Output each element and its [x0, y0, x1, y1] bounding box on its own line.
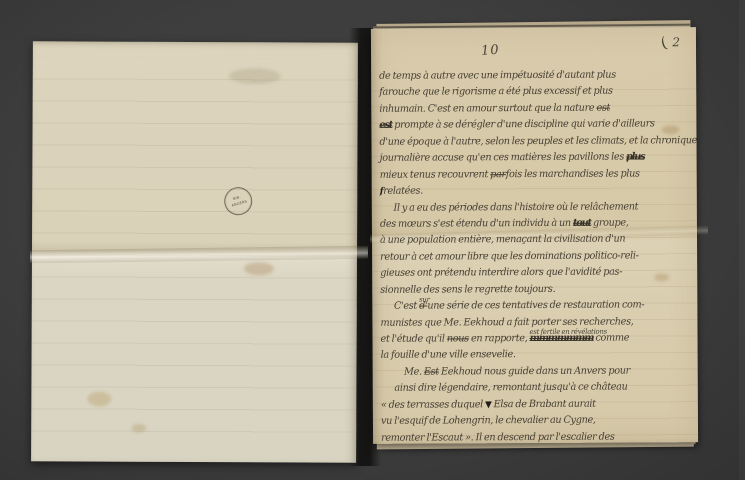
manuscript-line: C'est surd'une série de ces tentatives d…: [380, 297, 687, 315]
manuscript-line: journalière accuse qu'en ces matières le…: [380, 149, 687, 167]
text-segment: à une population entière, menaçant la ci…: [380, 234, 625, 246]
text-segment: sionnelle des sens le regrette toujours.: [380, 284, 555, 296]
folio-number: 10: [480, 43, 500, 59]
text-segment: journalière accuse qu'en ces matières le…: [380, 152, 627, 164]
manuscript-line: mieux tenus recouvrent parfois les march…: [380, 166, 687, 184]
text-segment: vu l'esquif de Lohengrin, le chevalier a…: [381, 415, 596, 427]
manuscript-line: Me. Est Eekhoud nous guide dans un Anver…: [381, 363, 688, 381]
text-segment: relatées.: [383, 186, 423, 197]
text-segment: Eekhoud nous guide dans un Anvers pour: [439, 365, 630, 377]
manuscript-line: de temps à autre avec une impétuosité d'…: [379, 67, 686, 85]
manuscript-line: est prompte à se dérégler d'une discipli…: [379, 117, 686, 135]
text-segment: de temps à autre avec une impétuosité d'…: [379, 70, 616, 82]
text-segment: une série de ces tentatives de restaurat…: [427, 300, 644, 312]
manuscript-lines: de temps à autre avec une impétuosité d'…: [379, 67, 687, 447]
manuscript-line: retour à cet amour libre que les dominat…: [380, 248, 687, 266]
manuscript-line: des mœurs s'est étendu d'un individu à u…: [380, 215, 687, 233]
manuscript-line: farouche que le rigorisme a été plus exc…: [379, 84, 686, 102]
text-segment: munistes que Me. Eekhoud a fait porter s…: [380, 316, 633, 328]
stain: [244, 262, 274, 275]
crossed-out-text: tout: [573, 218, 591, 229]
text-segment: mieux tenus recouvrent: [380, 169, 491, 181]
crossed-out-text: est: [379, 120, 392, 131]
text-segment: farouche que le rigorisme a été plus exc…: [379, 86, 612, 98]
struck-text: nous: [447, 333, 469, 344]
text-segment: la fouille d'une ville ensevelie.: [381, 350, 516, 362]
text-segment: fois les marchandises les plus: [506, 168, 640, 180]
text-segment: inhumain. C'est en amour surtout que la …: [379, 103, 596, 115]
right-page: 10 ( 2 de temps à autre avec une impétuo…: [371, 27, 698, 444]
manuscript-scan: BIB. ANGERS 10 ( 2 de temps à autre avec…: [0, 0, 745, 480]
manuscript-line: d'une époque à l'autre, selon les peuple…: [379, 133, 686, 151]
manuscript-line: vu l'esquif de Lohengrin, le chevalier a…: [381, 412, 688, 430]
manuscript-line: la fouille d'une ville ensevelie.: [381, 347, 688, 365]
text-segment: C'est: [394, 301, 419, 312]
manuscript-line: « des terrasses duquel ▼ Elsa de Brabant…: [381, 396, 688, 414]
text-segment: groupe,: [591, 217, 629, 228]
stain: [87, 392, 111, 407]
manuscript-line: à une population entière, menaçant la ci…: [380, 232, 687, 250]
text-segment: Il y a eu des périodes dans l'histoire o…: [393, 201, 638, 213]
text-segment: d'une époque à l'autre, selon les peuple…: [379, 135, 697, 148]
fold-crease: [30, 246, 368, 263]
manuscript-line: ainsi dire légendaire, remontant jusqu'à…: [381, 380, 688, 398]
text-segment: remonter l'Escaut ». Il en descend par l…: [381, 431, 615, 443]
text-segment: des mœurs s'est étendu d'un individu à u…: [380, 218, 573, 230]
text-segment: Me.: [404, 366, 424, 377]
corner-number: 2: [672, 35, 680, 49]
text-segment: retour à cet amour libre que les dominat…: [380, 250, 639, 262]
manuscript-line: Il y a eu des périodes dans l'histoire o…: [380, 199, 687, 217]
corner-page-mark: ( 2: [660, 31, 680, 50]
stain: [131, 424, 146, 433]
stain: [229, 68, 281, 84]
text-segment: ainsi dire légendaire, remontant jusqu'à…: [394, 382, 627, 394]
manuscript-line: gieuses ont prétendu interdire alors que…: [380, 264, 687, 282]
library-stamp: BIB. ANGERS: [221, 184, 256, 219]
text-segment: et l'étude qu'il: [381, 333, 447, 344]
text-segment: prompte à se dérégler d'une discipline q…: [392, 119, 655, 131]
manuscript-line: inhumain. C'est en amour surtout que la …: [379, 100, 686, 118]
crossed-out-text: plus: [626, 152, 644, 163]
text-segment: « des terrasses duquel: [381, 399, 485, 411]
manuscript-line: frelatées.: [380, 182, 687, 200]
manuscript-line: remonter l'Escaut ». Il en descend par l…: [381, 429, 688, 447]
left-page: BIB. ANGERS: [31, 41, 358, 462]
struck-text: Est: [424, 366, 439, 377]
manuscript-line: et l'étude qu'il nous en rapporte, est f…: [381, 330, 688, 348]
text-segment: Elsa de Brabant aurait: [491, 398, 595, 410]
struck-text: est: [596, 102, 610, 113]
text-segment: gieuses ont prétendu interdire alors que…: [380, 267, 622, 279]
text-segment: en rapporte,: [469, 333, 530, 344]
corner-paren: (: [657, 34, 671, 53]
struck-text: par: [490, 169, 506, 180]
